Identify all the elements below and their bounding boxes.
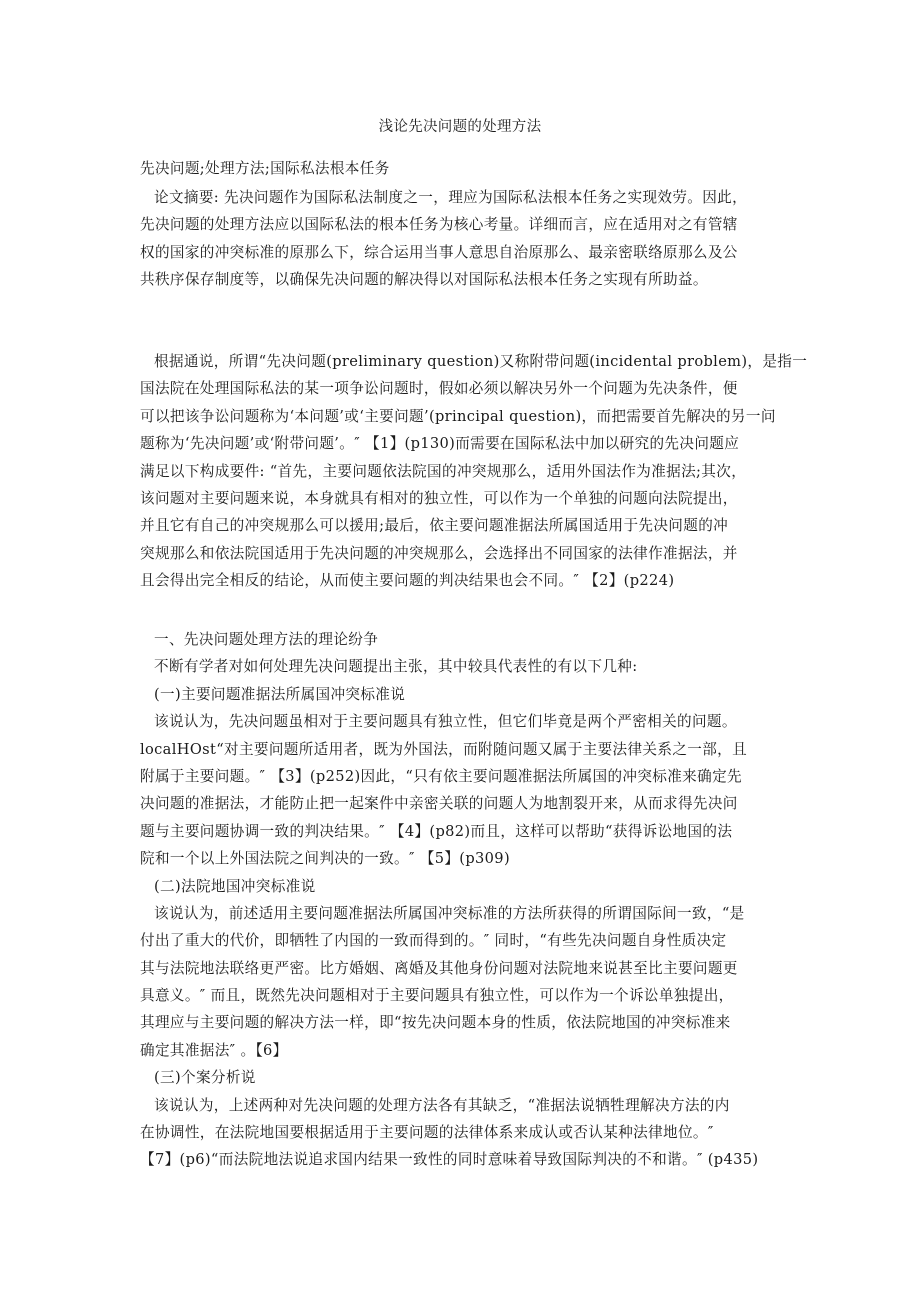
subsection-2-line: 其理应与主要问题的解决方法一样，即“按先决问题本身的性质，依法院地国的冲突标准来 [140,1009,800,1036]
abstract-line: 先决问题的处理方法应以国际私法的根本任务为核心考量。详细而言，应在适用对之有管辖 [140,211,800,238]
abstract-paragraph: 论文摘要: 先决问题作为国际私法制度之一，理应为国际私法根本任务之实现效劳。因此… [140,184,800,294]
intro-line: 国法院在处理国际私法的某一项争讼问题时，假如必须以解决另外一个问题为先决条件，便 [140,375,800,402]
subsection-heading-2: (二)法院地国冲突标准说 [140,873,800,900]
intro-paragraph: 根据通说，所谓“先决问题(preliminary question)又称附带问题… [140,348,800,595]
abstract-line: 论文摘要: 先决问题作为国际私法制度之一，理应为国际私法根本任务之实现效劳。因此… [140,184,800,211]
keywords-block: 先决问题;处理方法;国际私法根本任务 [140,155,800,182]
intro-line: 并且它有自己的冲突规那么可以援用;最后，依主要问题准据法所属国适用于先决问题的冲 [140,512,800,539]
intro-line: 突规那么和依法院国适用于先决问题的冲突规那么，会选择出不同国家的法律作准据法，并 [140,540,800,567]
subsection-1-line: 决问题的准据法，才能防止把一起案件中亲密关联的问题人为地割裂开来，从而求得先决问 [140,790,800,817]
subsection-2-line: 具意义。″ 而且，既然先决问题相对于主要问题具有独立性，可以作为一个诉讼单独提出… [140,982,800,1009]
subsection-1-line: 该说认为，先决问题虽相对于主要问题具有独立性，但它们毕竟是两个严密相关的问题。 [140,708,800,735]
subsection-heading-1: (一)主要问题准据法所属国冲突标准说 [140,681,800,708]
subsection-1-line: 附属于主要问题。″ 【3】(p252)因此，“只有依主要问题准据法所属国的冲突标… [140,763,800,790]
subsection-3-line: 该说认为，上述两种对先决问题的处理方法各有其缺乏，“准据法说牺牲理解决方法的内 [140,1092,800,1119]
subsection-3-line: 【7】(p6)“而法院地法说追求国内结果一致性的同时意味着导致国际判决的不和谐。… [140,1146,800,1173]
section-heading: 一、先决问题处理方法的理论纷争 [140,626,800,653]
keywords-line: 先决问题;处理方法;国际私法根本任务 [140,155,800,182]
abstract-line: 共秩序保存制度等，以确保先决问题的解决得以对国际私法根本任务之实现有所助益。 [140,266,800,293]
document-title: 浅论先决问题的处理方法 [0,117,920,137]
subsection-3-line: 在协调性，在法院地国要根据适用于主要问题的法律体系来成认或否认某种法律地位。″ [140,1119,800,1146]
subsection-1-line: 题与主要问题协调一致的判决结果。″ 【4】(p82)而且，这样可以帮助“获得诉讼… [140,818,800,845]
intro-line: 满足以下构成要件: “首先，主要问题依法院国的冲突规那么，适用外国法作为准据法;… [140,458,800,485]
intro-line: 且会得出完全相反的结论，从而使主要问题的判决结果也会不同。″ 【2】(p224) [140,567,800,594]
intro-line: 根据通说，所谓“先决问题(preliminary question)又称附带问题… [140,348,800,375]
intro-line: 题称为‘先决问题’或‘附带问题’。″ 【1】(p130)而需要在国际私法中加以研… [140,430,800,457]
abstract-line: 权的国家的冲突标准的原那么下，综合运用当事人意思自治原那么、最亲密联络原那么及公 [140,239,800,266]
subsection-2-line: 付出了重大的代价，即牺牲了内国的一致而得到的。″ 同时，“有些先决问题自身性质决… [140,927,800,954]
subsection-2-line: 其与法院地法联络更严密。比方婚姻、离婚及其他身份问题对法院地来说甚至比主要问题更 [140,955,800,982]
section-theory-dispute: 一、先决问题处理方法的理论纷争 不断有学者对如何处理先决问题提出主张，其中较具代… [140,626,800,1174]
subsection-2-line: 该说认为，前述适用主要问题准据法所属国冲突标准的方法所获得的所谓国际间一致，“是 [140,900,800,927]
intro-line: 该问题对主要问题来说，本身就具有相对的独立性，可以作为一个单独的问题向法院提出， [140,485,800,512]
subsection-2-line: 确定其准据法″ 。【6】 [140,1037,800,1064]
subsection-1-line: 院和一个以上外国法院之间判决的一致。″ 【5】(p309) [140,845,800,872]
section-intro: 不断有学者对如何处理先决问题提出主张，其中较具代表性的有以下几种: [140,653,800,680]
document-page: 浅论先决问题的处理方法 先决问题;处理方法;国际私法根本任务 论文摘要: 先决问… [0,0,920,1302]
subsection-1-line: localHOst“对主要问题所适用者，既为外国法，而附随问题又属于主要法律关系… [140,736,800,763]
subsection-heading-3: (三)个案分析说 [140,1064,800,1091]
intro-line: 可以把该争讼问题称为‘本问题’或‘主要问题’(principal questio… [140,403,800,430]
